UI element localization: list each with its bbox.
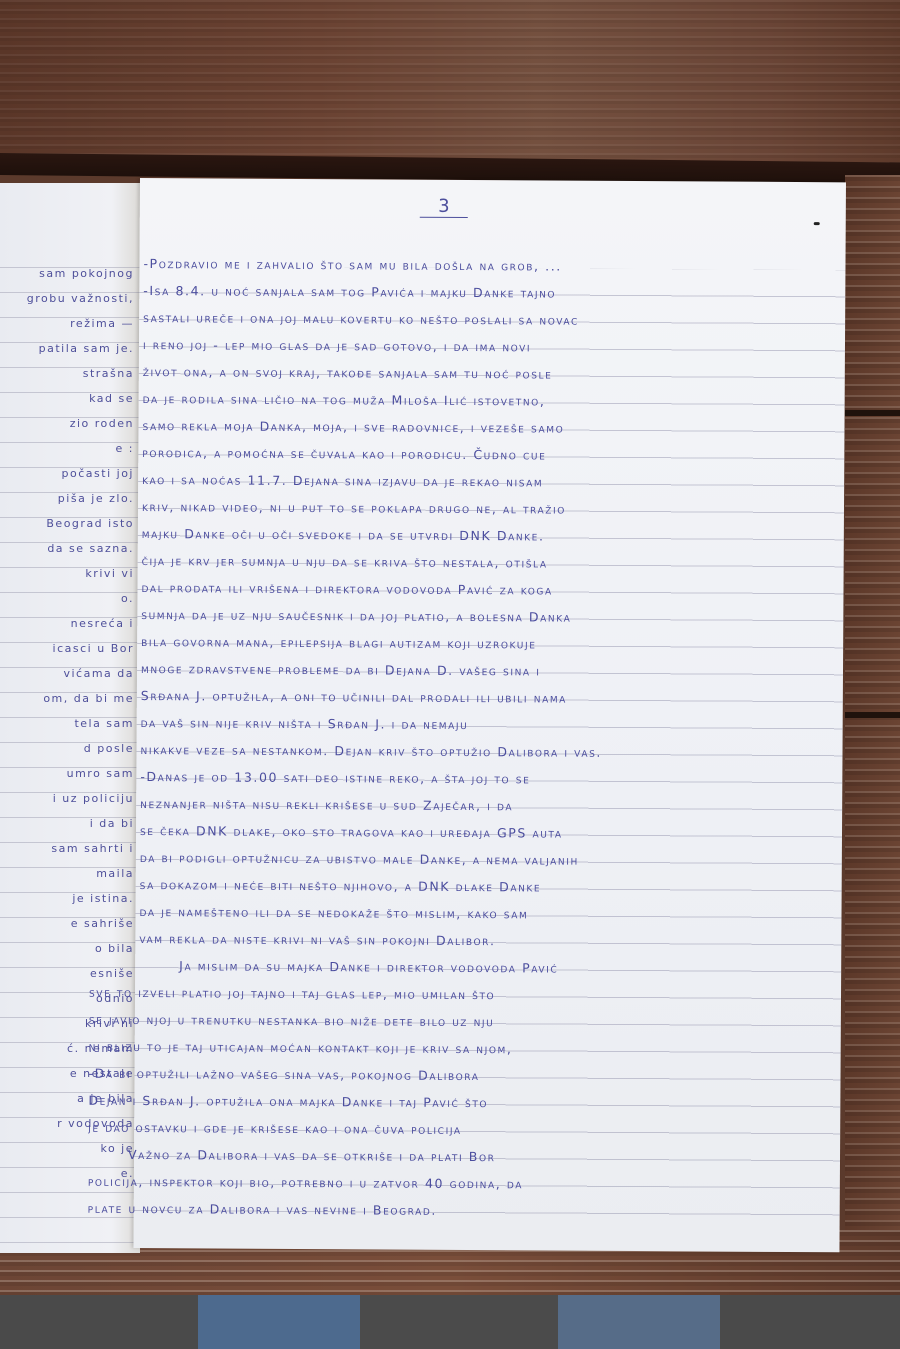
handwritten-line: sumnja da je uz nju saučesnik i da joj p…	[141, 601, 841, 632]
letter-text: -Pozdravio me i zahvalio što sam mu bila…	[138, 250, 844, 1226]
page-number: 3	[420, 196, 468, 218]
handwritten-line: nikakve veze sa nestankom. Dejan kriv št…	[140, 736, 840, 767]
handwritten-line: majku Danke oči u oči svedoke i da se ut…	[142, 520, 842, 551]
handwritten-line: patila sam je.	[0, 336, 140, 361]
handwritten-line: sastali ureče i ona joj malu kovertu ko …	[143, 304, 843, 335]
handwritten-line: sam sahrti i	[0, 836, 140, 861]
handwritten-line: d posle	[0, 736, 140, 761]
handwritten-line: -Isa 8.4. u noć sanjala sam tog Pavića i…	[143, 277, 843, 308]
handwritten-line: i uz policiju	[0, 786, 140, 811]
ink-dot	[814, 222, 820, 225]
handwritten-line: da bi podigli optužnicu za ubistvo male …	[140, 844, 840, 875]
handwritten-line: da je rodila sina ličio na tog muža Milo…	[143, 385, 843, 416]
handwritten-line: režima —	[0, 311, 140, 336]
handwritten-line: om, da bi me	[0, 686, 140, 711]
handwritten-line: vam rekla da niste krivi ni vaš sin poko…	[139, 925, 839, 956]
handwritten-line: plate u novcu za Dalibora i vas nevine i…	[88, 1195, 838, 1227]
handwritten-line: čija je krv jer sumnja u nju da se kriva…	[142, 547, 842, 578]
handwritten-line: Beograd isto	[0, 511, 140, 536]
handwritten-line: Srđana J. optužila, a oni to učinili dal…	[141, 682, 841, 713]
handwritten-line: piša je zlo.	[0, 486, 140, 511]
handwritten-line: sa dokazom i neće biti nešto njihovo, a …	[140, 871, 840, 902]
handwritten-line: kriv, nikad video, ni u put to se poklap…	[142, 493, 842, 524]
handwritten-line: umro sam	[0, 761, 140, 786]
handwritten-line: maila	[0, 861, 140, 886]
handwritten-line: i reno joj - lep mio glas da je sad goto…	[143, 331, 843, 362]
handwritten-line: -Danas je od 13.00 sati deo istine reko,…	[140, 763, 840, 794]
plank-seam	[845, 410, 900, 416]
handwritten-line: vićama da	[0, 661, 140, 686]
handwritten-line: o.	[0, 586, 140, 611]
handwritten-line: e :	[0, 436, 140, 461]
handwritten-line: -Pozdravio me i zahvalio što sam mu bila…	[143, 250, 843, 281]
wooden-table-top-plank	[0, 0, 900, 175]
handwritten-line: krivi vi	[0, 561, 140, 586]
handwritten-line: tela sam	[0, 711, 140, 736]
handwritten-line: kad se	[0, 386, 140, 411]
handwritten-line: strašna	[0, 361, 140, 386]
handwritten-line: da se sazna.	[0, 536, 140, 561]
handwritten-line: život ona, a on svoj kraj, takođe sanjal…	[143, 358, 843, 389]
handwritten-line: porodica, a pomoćna se čuvala kao i poro…	[142, 439, 842, 470]
letter-page: 3 -Pozdravio me i zahvalio što sam mu bi…	[133, 178, 846, 1252]
handwritten-line: samo rekla moja Danka, moja, i sve radov…	[142, 412, 842, 443]
handwritten-line: nesreća i	[0, 611, 140, 636]
handwritten-line: da je nameštenо ili da se nedokaže što m…	[139, 898, 839, 929]
handwritten-line: e sahriše	[0, 911, 140, 936]
ground-background	[0, 1295, 900, 1349]
handwritten-line: bila govorna mana, epilepsija blagi auti…	[141, 628, 841, 659]
handwritten-line: kao i sa noćas 11.7. Dejana sina izjavu …	[142, 466, 842, 497]
handwritten-line: dal prodata ili vrišena i direktora vodo…	[141, 574, 841, 605]
handwritten-line: počasti joj	[0, 461, 140, 486]
handwritten-line: o bila	[0, 936, 140, 961]
handwritten-line: se čeka DNK dlake, oko sto tragova kao i…	[140, 817, 840, 848]
handwritten-line: zio roden	[0, 411, 140, 436]
handwritten-line: da vaš sin nije kriv ništa i Srđan J. i …	[141, 709, 841, 740]
handwritten-line: je istina.	[0, 886, 140, 911]
handwritten-line: sam pokojnog	[0, 261, 140, 286]
plank-seam	[845, 712, 900, 718]
wooden-table-right-edge	[845, 175, 900, 1275]
handwritten-line: i da bi	[0, 811, 140, 836]
handwritten-line: icasci u Bor	[0, 636, 140, 661]
handwritten-line: grobu važnosti,	[0, 286, 140, 311]
handwritten-line: mnoge zdravstvene probleme da bi Dejana …	[141, 655, 841, 686]
handwritten-line: neznanjer ništa nisu rekli krišese u sud…	[140, 790, 840, 821]
handwritten-line: Ja mislim da su majka Danke i direktor v…	[139, 952, 839, 983]
